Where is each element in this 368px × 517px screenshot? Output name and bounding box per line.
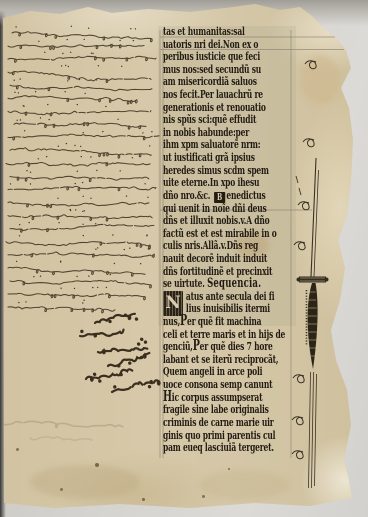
margin-curl-icon bbox=[294, 242, 305, 250]
margin-curl-icon bbox=[292, 417, 303, 425]
margin-curl-icon bbox=[293, 375, 304, 383]
margin-curl-icon bbox=[298, 202, 309, 210]
sword-crossguard bbox=[299, 277, 326, 283]
margin-curl-icon bbox=[305, 61, 316, 69]
latin-text-column: tas et humanitas:saluatoris nri dei.Non … bbox=[163, 25, 293, 454]
margin-tick bbox=[296, 176, 301, 195]
margin-curl-icon bbox=[303, 139, 314, 147]
photo-background: tas et humanitas:saluatoris nri dei.Non … bbox=[0, 0, 368, 517]
margin-curl-icon bbox=[292, 451, 303, 459]
latin-text-line: pam eueq lasciuiã tergeret. bbox=[163, 441, 291, 454]
manuscript-leaf: tas et humanitas:saluatoris nri dei.Non … bbox=[0, 0, 368, 517]
